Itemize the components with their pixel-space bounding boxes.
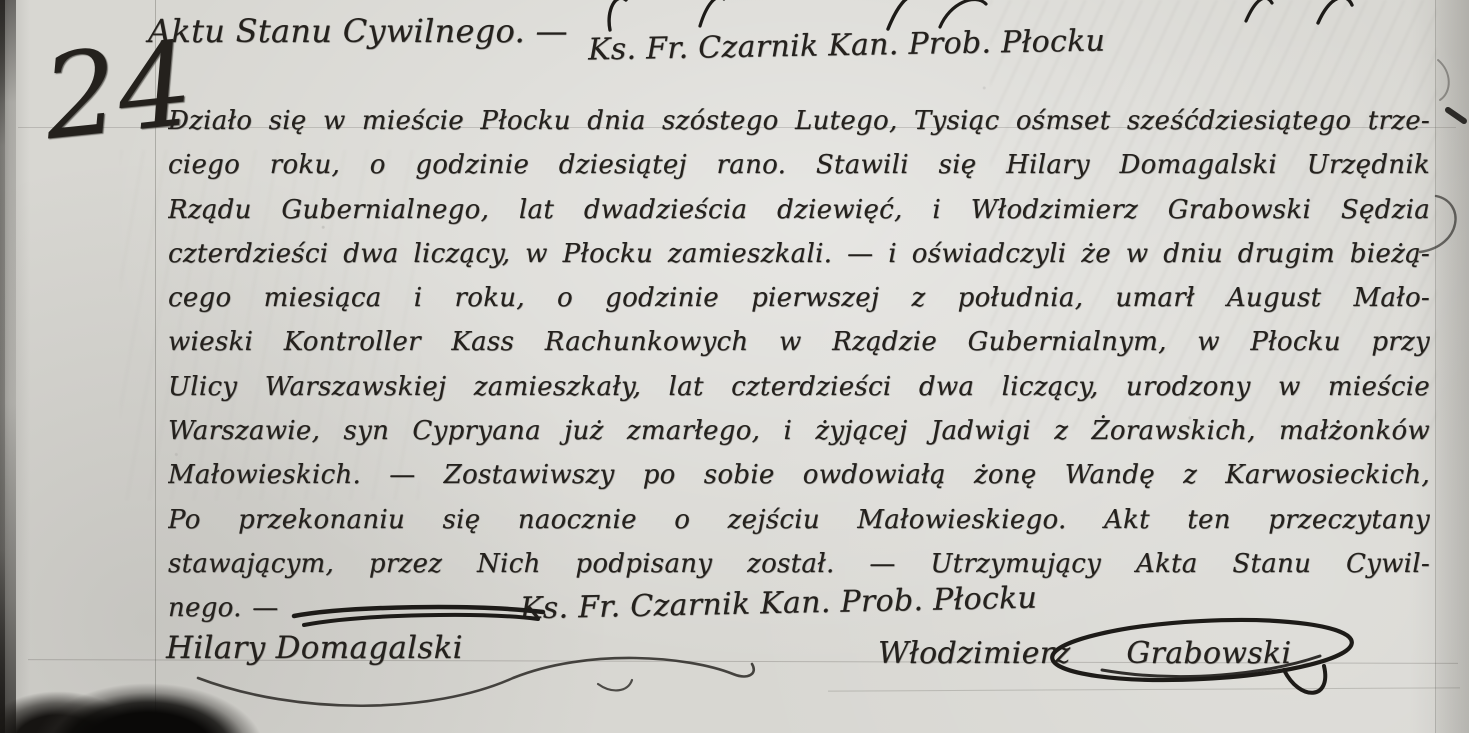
body-line: Działo się w mieście Płocku dnia szósteg… [168, 99, 1430, 143]
binding-edge [0, 0, 5, 733]
signature-oval-flourish [1032, 608, 1372, 708]
body-line: wieski Kontroller Kass Rachunkowych w Rz… [168, 320, 1430, 364]
body-line: czterdzieści dwa liczący, w Płocku zamie… [168, 232, 1430, 276]
thumb-obstruction [0, 652, 300, 733]
body-line: stawającym, przez Nich podpisany został.… [168, 542, 1430, 586]
body-line: Ulicy Warszawskiej zamieszkały, lat czte… [168, 365, 1430, 409]
body-line: cego miesiąca i roku, o godzinie pierwsz… [168, 276, 1430, 320]
body-line: Rządu Gubernialnego, lat dwadzieścia dzi… [168, 188, 1430, 232]
double-dash-flourish [288, 602, 558, 632]
page-right-edge [1436, 0, 1469, 733]
body-line: Małowieskich. — Zostawiwszy po sobie owd… [168, 453, 1430, 497]
record-body-text: Działo się w mieście Płocku dnia szósteg… [168, 99, 1430, 631]
body-line: Warszawie, syn Cypryana już zmarłego, i … [168, 409, 1430, 453]
previous-record-closing-text: Aktu Stanu Cywilnego. — [148, 12, 568, 50]
body-line: ciego roku, o godzinie dziesiątej rano. … [168, 143, 1430, 187]
scanned-death-record-page: Aktu Stanu Cywilnego. — Ks. Fr. Czarnik … [0, 0, 1469, 733]
body-line: Po przekonaniu się naocznie o zejściu Ma… [168, 498, 1430, 542]
